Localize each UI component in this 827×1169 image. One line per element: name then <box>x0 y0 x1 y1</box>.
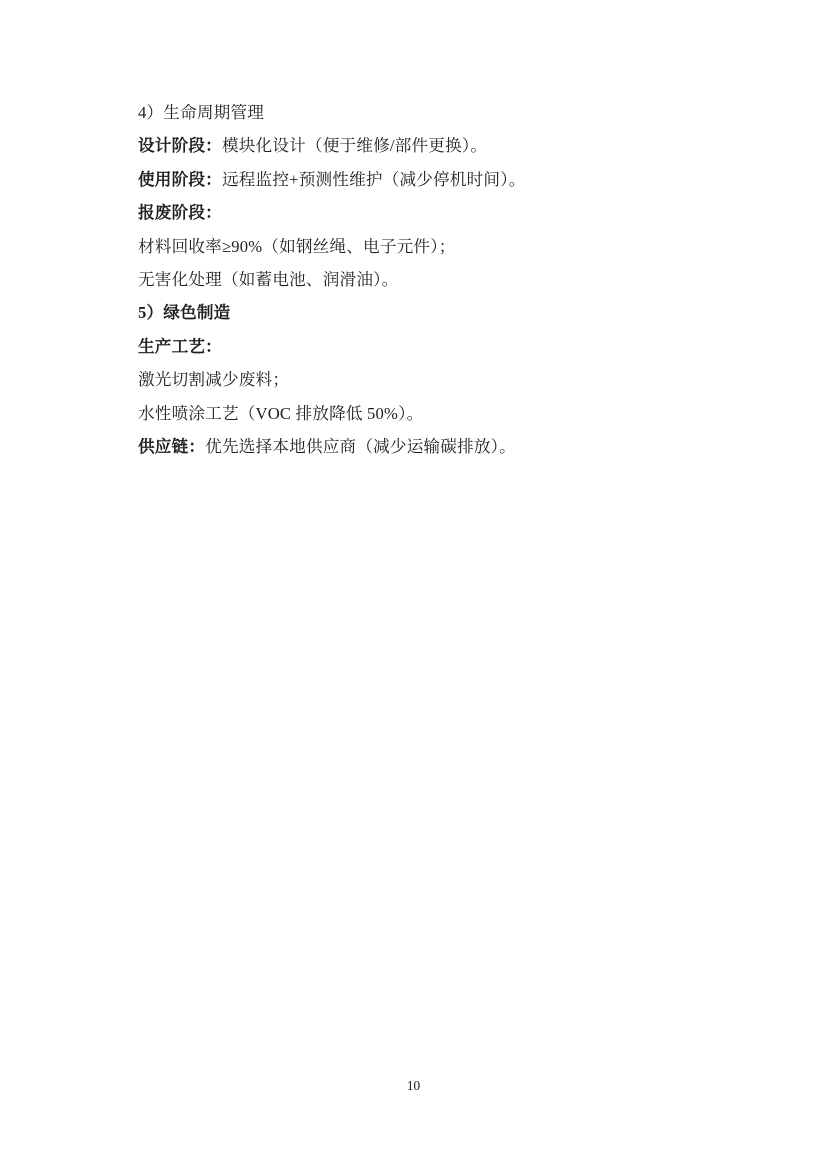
label-run: 设计阶段： <box>138 136 222 155</box>
text-run: 远程监控+预测性维护（减少停机时间）。 <box>222 170 526 189</box>
label-run: 报废阶段： <box>138 203 222 222</box>
text-run: 模块化设计（便于维修/部件更换）。 <box>222 136 487 155</box>
text-run: 4）生命周期管理 <box>138 103 264 122</box>
paragraph-usage-stage: 使用阶段：远程监控+预测性维护（减少停机时间）。 <box>138 163 713 196</box>
text-run: 无害化处理（如蓄电池、润滑油）。 <box>138 270 398 289</box>
heading-lifecycle-management: 4）生命周期管理 <box>138 96 713 129</box>
paragraph-laser-cutting: 激光切割减少废料； <box>138 363 713 396</box>
text-run: 材料回收率≥90%（如钢丝绳、电子元件）； <box>138 237 456 256</box>
page-number: 10 <box>0 1077 827 1095</box>
label-run: 使用阶段： <box>138 170 222 189</box>
paragraph-harmless-treatment: 无害化处理（如蓄电池、润滑油）。 <box>138 263 713 296</box>
document-body: 4）生命周期管理 设计阶段：模块化设计（便于维修/部件更换）。 使用阶段：远程监… <box>138 96 713 463</box>
text-run: 水性喷涂工艺（VOC 排放降低 50%）。 <box>138 404 423 423</box>
paragraph-supply-chain: 供应链：优先选择本地供应商（减少运输碳排放）。 <box>138 430 713 463</box>
paragraph-material-recovery: 材料回收率≥90%（如钢丝绳、电子元件）； <box>138 230 713 263</box>
paragraph-production-process-label: 生产工艺： <box>138 330 713 363</box>
paragraph-design-stage: 设计阶段：模块化设计（便于维修/部件更换）。 <box>138 129 713 162</box>
text-run: 优先选择本地供应商（减少运输碳排放）。 <box>205 437 516 456</box>
text-run: 激光切割减少废料； <box>138 370 289 389</box>
document-page: 4）生命周期管理 设计阶段：模块化设计（便于维修/部件更换）。 使用阶段：远程监… <box>0 0 827 1169</box>
heading-green-manufacturing: 5）绿色制造 <box>138 296 713 329</box>
label-run: 供应链： <box>138 437 205 456</box>
paragraph-scrap-stage-label: 报废阶段： <box>138 196 713 229</box>
label-run: 生产工艺： <box>138 337 222 356</box>
text-run: 5）绿色制造 <box>138 303 230 322</box>
paragraph-waterborne-coating: 水性喷涂工艺（VOC 排放降低 50%）。 <box>138 397 713 430</box>
